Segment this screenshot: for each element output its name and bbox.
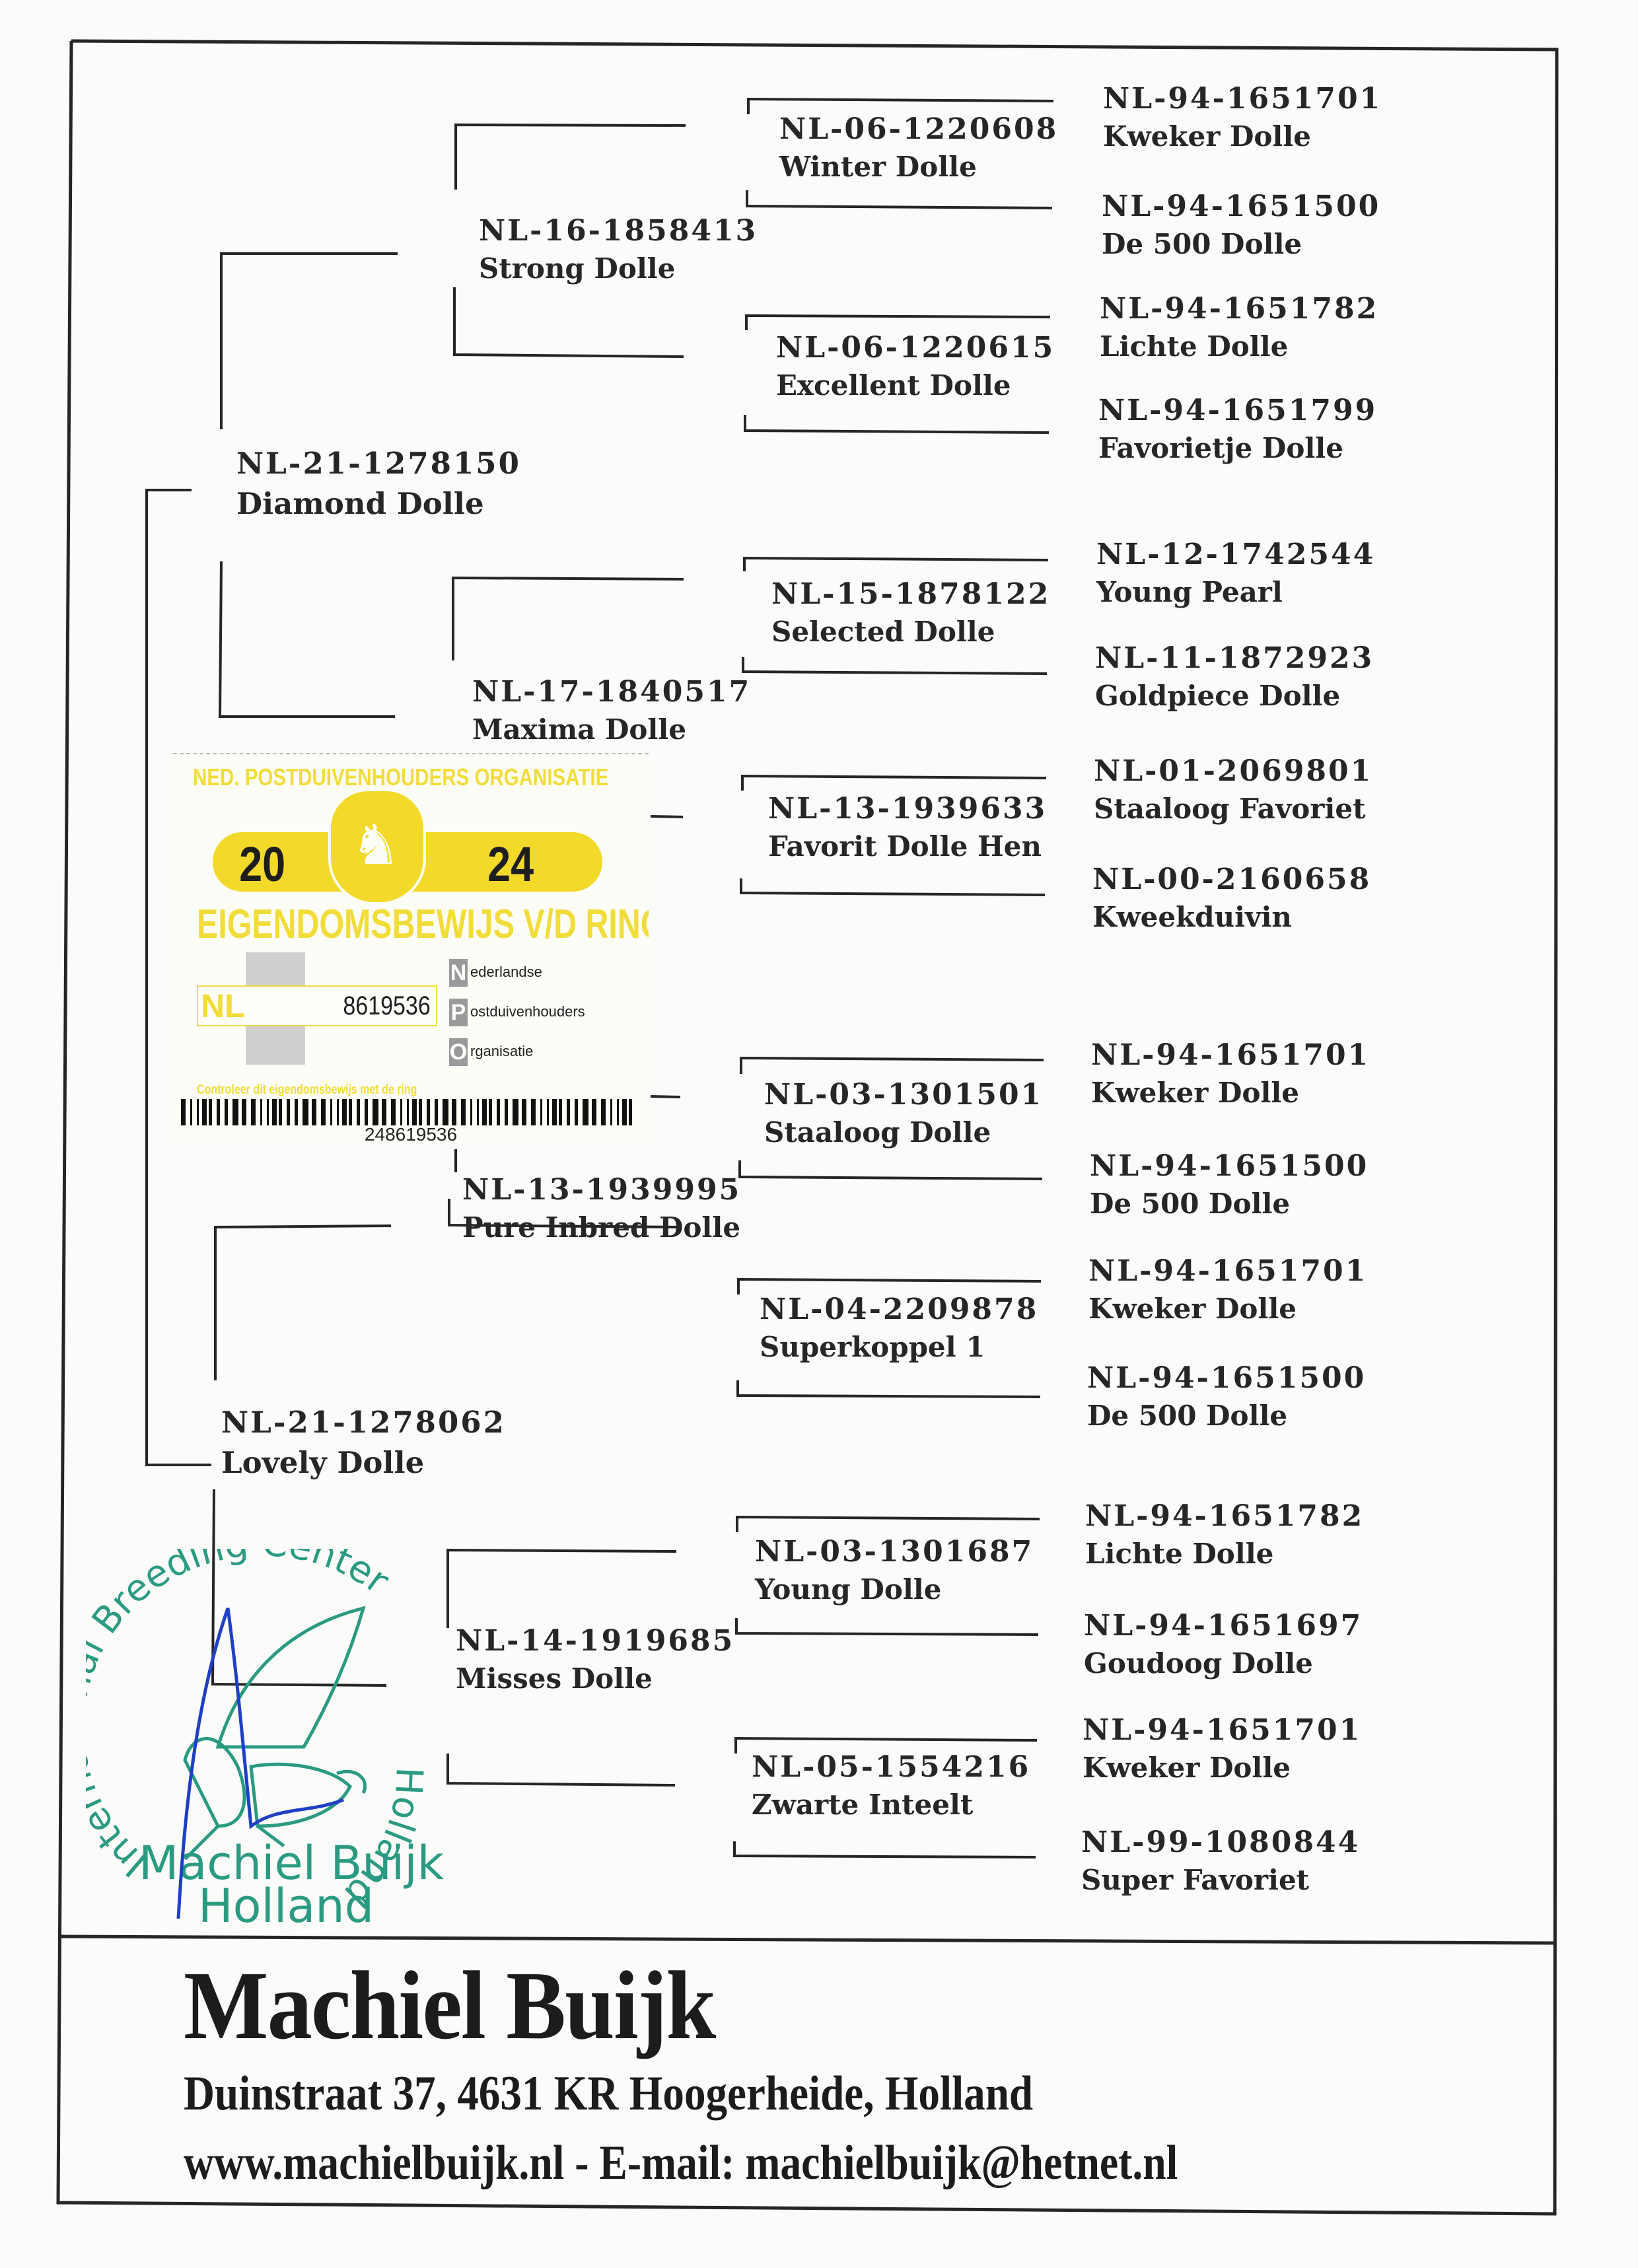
ring-number: NL-15-1878122 (771, 575, 1050, 614)
great-grandparent: NL-05-1554216 Zwarte Inteelt (752, 1748, 1030, 1824)
certificate-ring-box: NL 8619536 (197, 985, 437, 1026)
certificate-year-right: 24 (487, 836, 534, 892)
certificate-ring-number: 8619536 (343, 987, 431, 1025)
parent-dam: NL-21-1278062 Lovely Dolle (221, 1403, 506, 1483)
bird-name: De 500 Dolle (1087, 1398, 1366, 1435)
great-great-grandparent: NL-00-2160658Kweekduivin (1092, 860, 1371, 937)
ring-number: NL-94-1651782 (1100, 289, 1378, 328)
grandparent: NL-17-1840517 Maxima Dolle (472, 672, 751, 749)
ring-number: NL-99-1080844 (1081, 1823, 1360, 1862)
ring-number: NL-94-1651701 (1088, 1252, 1367, 1291)
great-great-grandparent: NL-94-1651782Lichte Dolle (1100, 289, 1378, 366)
ring-number: NL-13-1939633 (768, 789, 1047, 828)
great-great-grandparent: NL-94-1651701Kweker Dolle (1088, 1252, 1367, 1328)
certificate-title: EIGENDOMSBEWIJS V/D RING (197, 901, 649, 948)
ring-number: NL-17-1840517 (472, 672, 751, 711)
npo-line: Postduivenhouders (449, 999, 585, 1026)
parent-sire: NL-21-1278150 Diamond Dolle (236, 444, 521, 524)
bird-name: Winter Dolle (779, 149, 1058, 186)
bird-name: Super Favoriet (1081, 1862, 1360, 1899)
great-great-grandparent: NL-94-1651500De 500 Dolle (1087, 1359, 1366, 1435)
bird-name: Zwarte Inteelt (752, 1787, 1030, 1824)
bird-name: Selected Dolle (771, 614, 1050, 651)
barcode (181, 1099, 637, 1125)
npo-letter: P (449, 999, 468, 1026)
great-great-grandparent: NL-94-1651697Goudoog Dolle (1084, 1606, 1363, 1683)
great-grandparent: NL-15-1878122 Selected Dolle (771, 575, 1050, 651)
ring-number: NL-03-1301687 (755, 1532, 1034, 1571)
ring-number: NL-05-1554216 (752, 1748, 1030, 1787)
ring-number: NL-06-1220615 (776, 328, 1055, 367)
bird-name: De 500 Dolle (1102, 226, 1380, 264)
bird-name: Young Pearl (1096, 574, 1375, 612)
ring-number: NL-94-1651701 (1083, 1711, 1361, 1750)
ring-number: NL-94-1651782 (1085, 1497, 1364, 1536)
bird-name: Kweker Dolle (1103, 118, 1382, 156)
ring-number: NL-01-2069801 (1094, 752, 1372, 791)
ring-number: NL-94-1651701 (1103, 79, 1382, 118)
bird-name: Maxima Dolle (472, 711, 751, 749)
certificate-control-text: Controleer dit eigendomsbewijs met de ri… (197, 1082, 417, 1098)
ring-number: NL-94-1651697 (1084, 1606, 1363, 1645)
breeder-footer: Machiel Buijk Duinstraat 37, 4631 KR Hoo… (58, 1934, 1557, 2211)
eagle-icon (185, 1608, 365, 1859)
barcode-number: 248619536 (173, 1124, 649, 1144)
bird-name: Kweker Dolle (1088, 1291, 1367, 1328)
npo-line: Organisatie (449, 1038, 533, 1066)
bird-name: De 500 Dolle (1090, 1186, 1369, 1223)
ring-number: NL-94-1651500 (1090, 1147, 1369, 1186)
ring-number: NL-94-1651701 (1091, 1036, 1370, 1075)
npo-word: ostduivenhouders (470, 1003, 585, 1020)
ring-number: NL-04-2209878 (760, 1290, 1038, 1329)
ring-number: NL-94-1651500 (1102, 187, 1380, 226)
breeder-address: Duinstraat 37, 4631 KR Hoogerheide, Holl… (184, 2066, 1033, 2122)
certificate-year-left: 20 (239, 836, 285, 892)
great-great-grandparent: NL-94-1651701Kweker Dolle (1083, 1711, 1361, 1787)
ring-number: NL-21-1278150 (236, 444, 521, 484)
ring-number: NL-14-1919685 (456, 1621, 734, 1660)
grandparent: NL-13-1939995 Pure Inbred Dolle (462, 1170, 741, 1247)
great-great-grandparent: NL-94-1651799Favorietje Dolle (1098, 391, 1377, 468)
bird-name: Favorit Dolle Hen (768, 828, 1047, 866)
great-grandparent: NL-04-2209878 Superkoppel 1 (760, 1290, 1038, 1366)
grandparent: NL-14-1919685 Misses Dolle (456, 1621, 734, 1698)
great-great-grandparent: NL-94-1651701Kweker Dolle (1091, 1036, 1370, 1112)
great-great-grandparent: NL-11-1872923Goldpiece Dolle (1095, 639, 1374, 715)
bird-name: Favorietje Dolle (1098, 430, 1377, 468)
bird-name: Excellent Dolle (776, 367, 1055, 405)
bird-name: Young Dolle (755, 1571, 1034, 1609)
ring-number: NL-12-1742544 (1096, 535, 1375, 574)
ring-ownership-certificate: NED. POSTDUIVENHOUDERS ORGANISATIE ♞ 20 … (173, 753, 649, 1144)
bird-name: Goudoog Dolle (1084, 1645, 1363, 1683)
npo-word: rganisatie (470, 1043, 533, 1059)
bird-name: Kweker Dolle (1091, 1075, 1370, 1112)
bird-name: Kweekduivin (1092, 899, 1371, 937)
great-great-grandparent: NL-94-1651782Lichte Dolle (1085, 1497, 1364, 1573)
bird-name: Goldpiece Dolle (1095, 678, 1374, 715)
bird-name: Lichte Dolle (1085, 1536, 1364, 1573)
certificate-country: NL (201, 987, 245, 1025)
ring-number: NL-13-1939995 (462, 1170, 741, 1209)
npo-letter: O (449, 1038, 468, 1066)
ring-number: NL-94-1651799 (1098, 391, 1377, 430)
breeding-center-stamp: International Breeding Center - Hoogerhe… (86, 1549, 476, 1932)
ring-number: NL-00-2160658 (1092, 860, 1371, 899)
great-grandparent: NL-13-1939633 Favorit Dolle Hen (768, 789, 1047, 866)
grandparent: NL-16-1858413 Strong Dolle (479, 211, 758, 288)
ring-number: NL-21-1278062 (221, 1403, 506, 1443)
bird-name: Staaloog Favoriet (1094, 791, 1372, 828)
bird-name: Pure Inbred Dolle (462, 1209, 741, 1247)
certificate-organization: NED. POSTDUIVENHOUDERS ORGANISATIE (193, 763, 608, 791)
bird-name: Lichte Dolle (1100, 328, 1378, 366)
bird-name: Kweker Dolle (1083, 1750, 1361, 1787)
bird-name: Staaloog Dolle (764, 1114, 1043, 1152)
stamp-center-country: Holland (198, 1879, 374, 1932)
bird-name: Strong Dolle (479, 250, 758, 288)
breeder-contact: www.machielbuijk.nl - E-mail: machielbui… (184, 2135, 1178, 2191)
great-grandparent: NL-03-1301687 Young Dolle (755, 1532, 1034, 1609)
ring-number: NL-03-1301501 (764, 1075, 1043, 1114)
great-great-grandparent: NL-94-1651500De 500 Dolle (1090, 1147, 1369, 1223)
great-great-grandparent: NL-94-1651701Kweker Dolle (1103, 79, 1382, 156)
npo-letter: N (449, 959, 468, 987)
npo-line: Nederlandse (449, 959, 542, 987)
ring-number: NL-94-1651500 (1087, 1359, 1366, 1398)
lion-icon: ♞ (346, 808, 406, 881)
bird-name: Lovely Dolle (221, 1443, 506, 1483)
pedigree-page: NL-21-1278150 Diamond Dolle NL-21-127806… (0, 0, 1638, 2268)
breeder-name: Machiel Buijk (184, 1950, 715, 2062)
ring-number: NL-11-1872923 (1095, 639, 1374, 678)
great-great-grandparent: NL-12-1742544Young Pearl (1096, 535, 1375, 612)
great-grandparent: NL-06-1220608 Winter Dolle (779, 110, 1058, 186)
bird-name: Diamond Dolle (236, 484, 521, 524)
great-great-grandparent: NL-94-1651500De 500 Dolle (1102, 187, 1380, 264)
npo-word: ederlandse (470, 964, 542, 980)
great-great-grandparent: NL-99-1080844Super Favoriet (1081, 1823, 1360, 1899)
great-grandparent: NL-06-1220615 Excellent Dolle (776, 328, 1055, 405)
ring-number: NL-16-1858413 (479, 211, 758, 250)
great-great-grandparent: NL-01-2069801Staaloog Favoriet (1094, 752, 1372, 828)
bird-name: Misses Dolle (456, 1660, 734, 1698)
great-grandparent: NL-03-1301501 Staaloog Dolle (764, 1075, 1043, 1152)
bird-name: Superkoppel 1 (760, 1329, 1038, 1366)
ring-number: NL-06-1220608 (779, 110, 1058, 149)
